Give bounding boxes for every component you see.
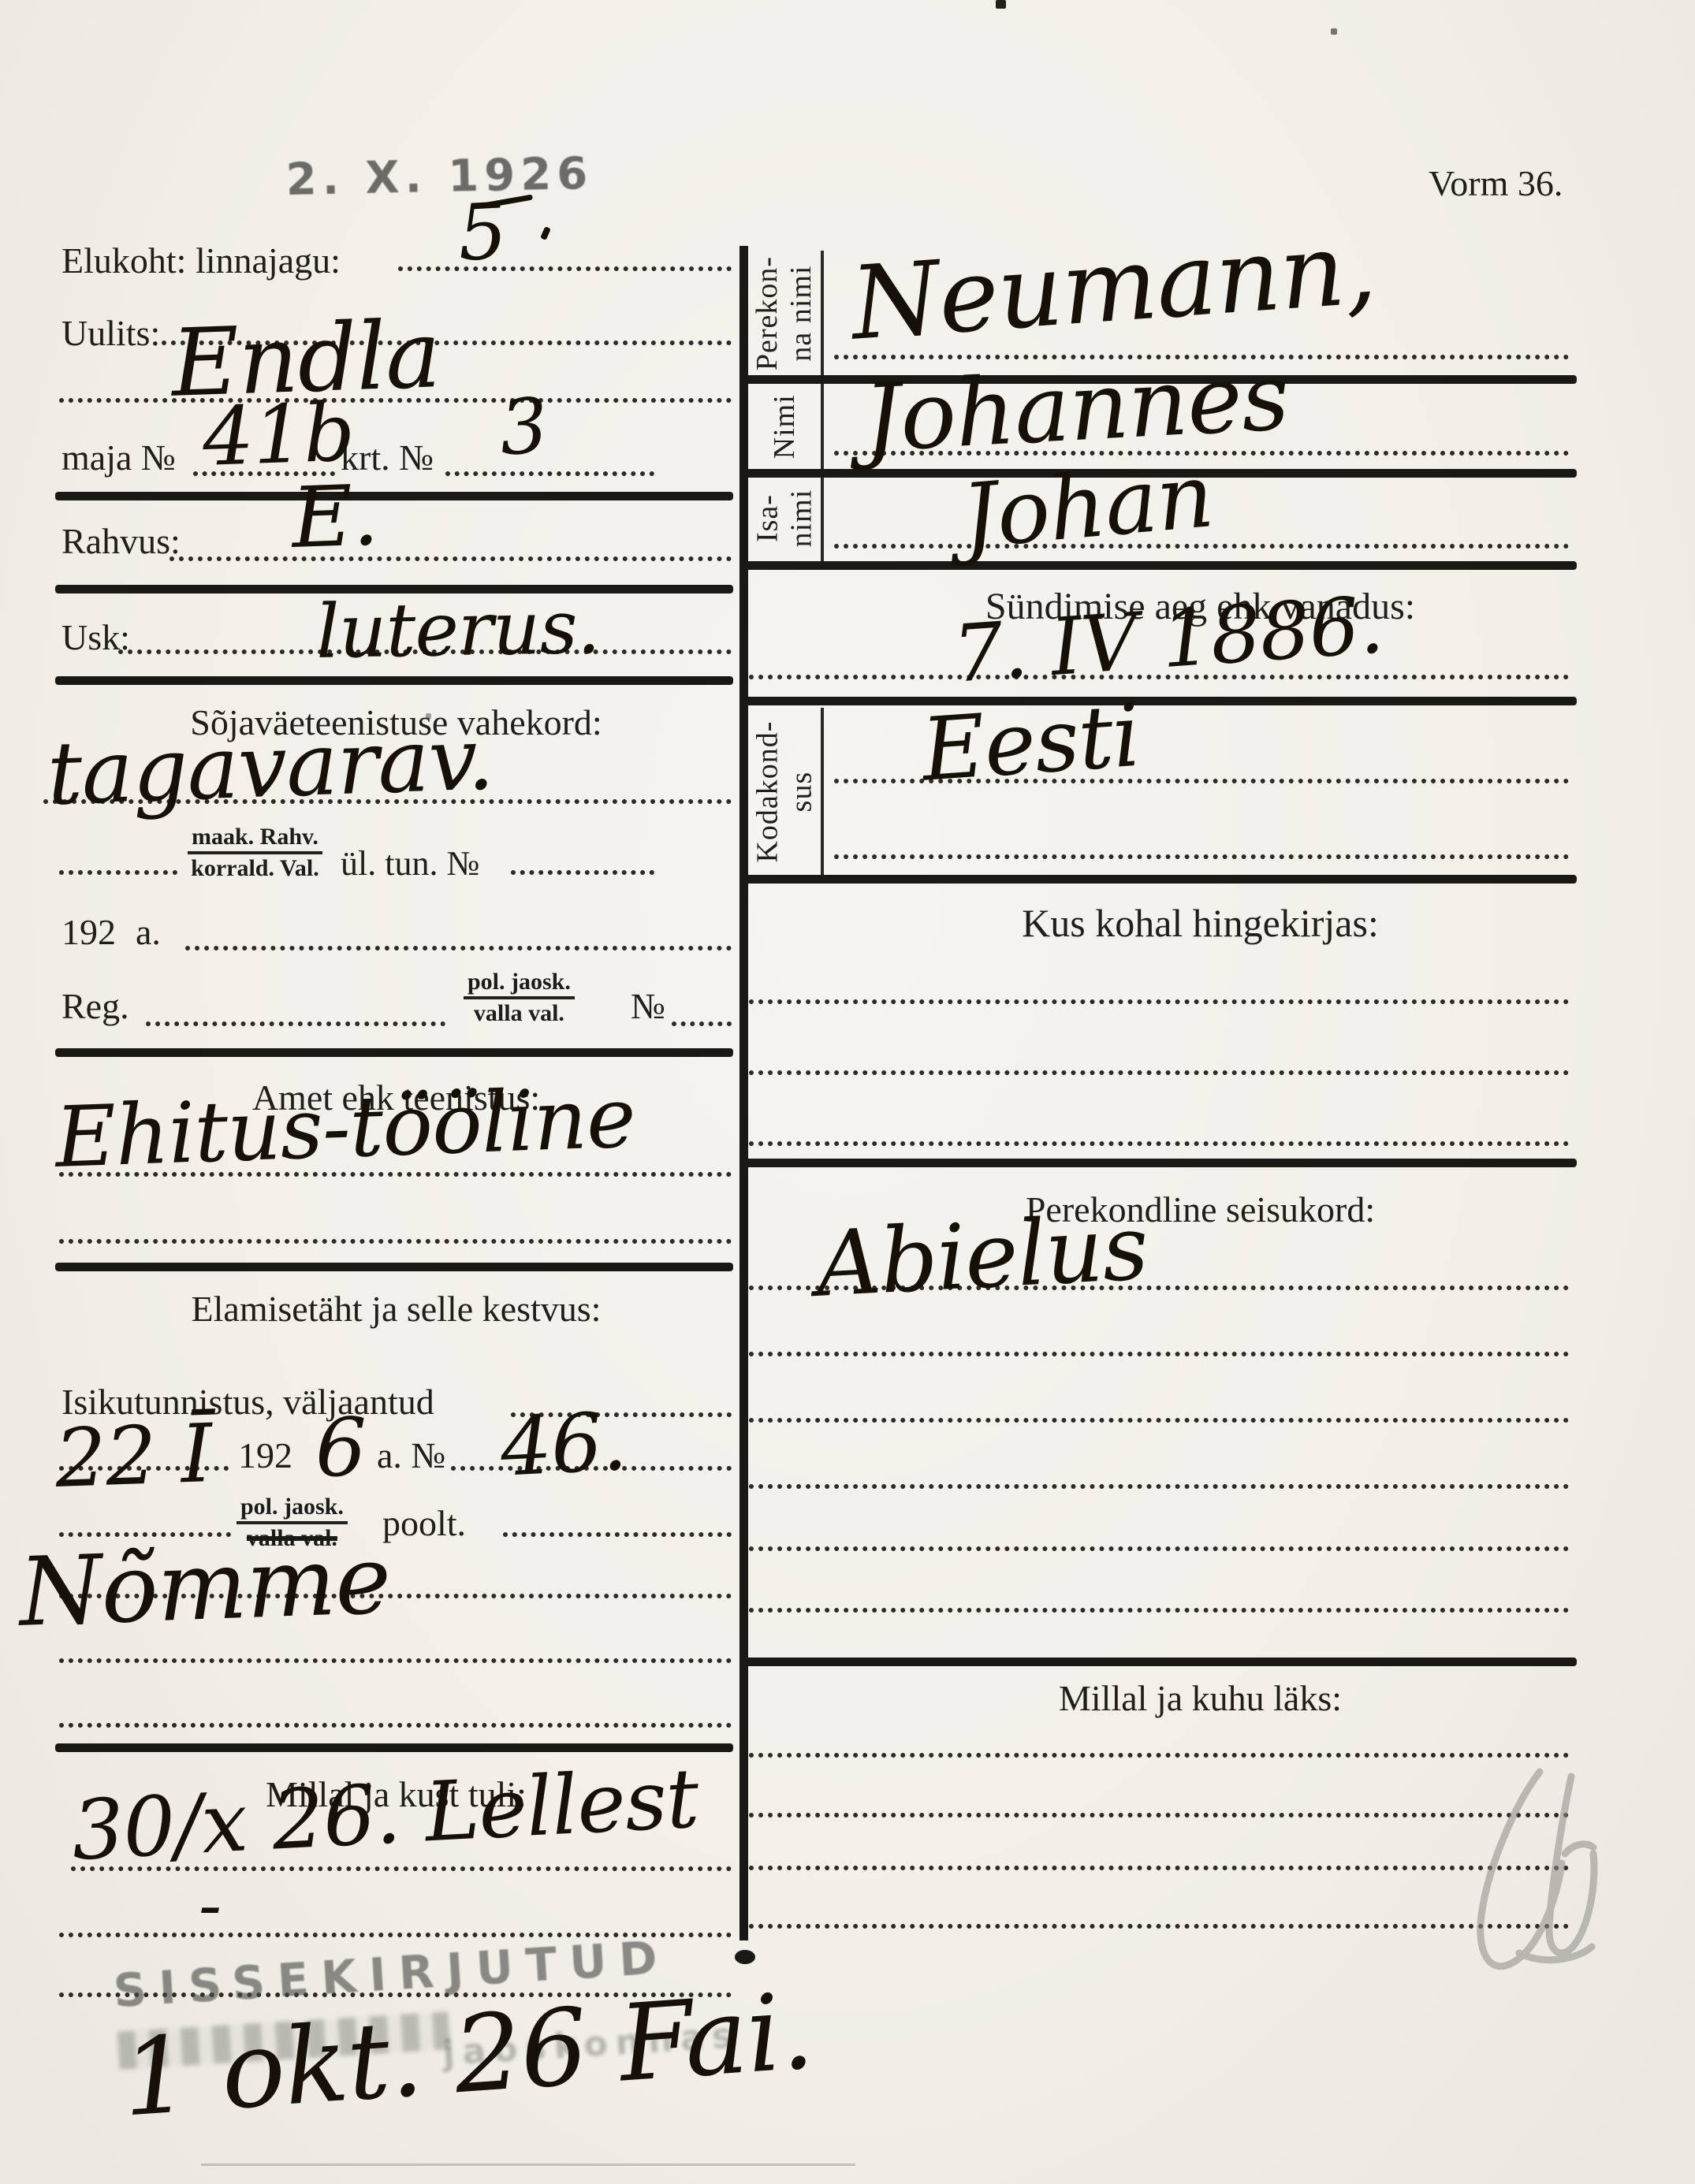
name-value: Johannes — [861, 342, 1291, 473]
surname-label: Perekon- na nimi — [751, 256, 818, 370]
scan-speck — [1331, 28, 1337, 35]
elukoht-label: Elukoht: linnajagu: — [61, 241, 341, 281]
isiku-date-value: 22 Ī — [54, 1407, 214, 1506]
dotted-line — [834, 854, 1569, 859]
poolt-value: Nõmme — [17, 1526, 392, 1648]
father-value: Johan — [958, 445, 1216, 568]
dotted-line — [749, 1813, 1569, 1818]
pencil-scribble — [1447, 1765, 1620, 1986]
krt-value: 3 — [497, 381, 550, 473]
ink-dot — [735, 1950, 755, 1964]
elamis-heading: Elamisetäht ja selle kestvus: — [59, 1289, 733, 1330]
surname-label-box: Perekon- na nimi — [748, 251, 821, 377]
rahvus-label: Rahvus: — [61, 522, 181, 562]
dotted-line — [749, 1924, 1569, 1929]
dotted-line — [749, 1418, 1569, 1423]
dotted-line — [749, 1484, 1569, 1489]
tuli-mark: - — [199, 1866, 221, 1945]
fraction-top: maak. Rahv. — [188, 824, 322, 854]
scan-artifact-line — [201, 2164, 855, 2166]
surname-label-line2: na nimi — [784, 266, 818, 362]
citizenship-label: Kodakond- sus — [751, 721, 818, 863]
rule-line — [55, 492, 733, 500]
name-label: Nimi — [768, 394, 802, 459]
citizenship-label-box: Kodakond- sus — [748, 708, 821, 876]
rule-line — [739, 697, 1577, 705]
citizenship-label-line1: Kodakond- — [751, 721, 784, 863]
dotted-line — [59, 1658, 732, 1663]
dotted-line — [511, 870, 654, 875]
dotted-line — [169, 556, 732, 561]
rule-line — [55, 1743, 733, 1752]
surname-label-line1: Perekon- — [751, 256, 784, 370]
fraction-bottom: valla val. — [464, 999, 575, 1026]
citizenship-value: Eesti — [918, 685, 1142, 801]
dotted-line — [749, 999, 1569, 1004]
date-stamp: 2. X. 1926 — [285, 148, 594, 206]
dotted-line — [445, 471, 654, 476]
isiku-a-no: a. № — [377, 1436, 445, 1476]
poolt-label: poolt. — [382, 1504, 466, 1544]
isiku-year-printed: 192 — [238, 1436, 292, 1476]
name-label-box: Nimi — [748, 384, 821, 469]
dotted-line — [59, 870, 177, 875]
column-divider — [739, 246, 748, 1940]
rule-line — [739, 875, 1577, 884]
father-label-box: Isa- nimi — [748, 476, 821, 561]
dotted-line — [749, 1352, 1569, 1356]
rule-line — [739, 1159, 1577, 1167]
dotted-line — [749, 1753, 1569, 1758]
dotted-line — [398, 266, 732, 271]
maak-korrald-fraction: maak. Rahv. korrald. Val. — [188, 824, 322, 882]
reg-label: Reg. — [61, 987, 129, 1027]
dotted-line — [185, 946, 732, 951]
seisukord-value: Abielus — [814, 1195, 1150, 1317]
scan-speck — [996, 0, 1006, 9]
citizenship-label-line2: sus — [784, 772, 818, 813]
dotted-line — [503, 1532, 732, 1537]
registration-card-vorm36: 2. X. 1926 Vorm 36. Elukoht: linnajagu: … — [0, 0, 1695, 2184]
label-divider — [821, 251, 824, 561]
tuli-value: 30/x 26. Lellest — [69, 1750, 701, 1878]
sojavae-value: tagavarav. — [46, 708, 495, 824]
fraction-bottom: korrald. Val. — [188, 854, 322, 881]
dotted-line — [749, 1546, 1569, 1551]
form-code: Vorm 36. — [1429, 164, 1563, 204]
dotted-line — [672, 1021, 732, 1026]
pol-valla-fraction: pol. jaosk. valla val. — [464, 969, 575, 1027]
dotted-line — [59, 1723, 732, 1728]
maja-label: maja № — [61, 438, 176, 478]
isiku-year-hand: 6 — [315, 1401, 366, 1495]
rahvus-value: E. — [290, 467, 379, 567]
dotted-line — [749, 1141, 1569, 1146]
isiku-no-value: 46. — [498, 1395, 628, 1495]
dotted-line — [749, 1608, 1569, 1613]
dotted-line — [59, 1239, 732, 1244]
rule-line — [55, 676, 733, 685]
uulits-label: Uulits: — [61, 314, 160, 354]
father-label-line1: Isa- — [751, 495, 784, 543]
amet-value: Ehitus-tööline — [54, 1069, 637, 1186]
rule-line — [55, 1048, 733, 1057]
year-a-label: a. — [136, 913, 161, 953]
fraction-top: pol. jaosk. — [237, 1494, 348, 1524]
hinge-heading: Kus kohal hingekirjas: — [824, 902, 1577, 945]
ink-mark — [540, 226, 551, 240]
father-label: Isa- nimi — [751, 489, 818, 548]
ul-tun-label: ül. tun. № — [341, 845, 479, 883]
no-sign: № — [631, 987, 665, 1027]
laks-heading: Millal ja kuhu läks: — [824, 1679, 1577, 1719]
father-label-line2: nimi — [784, 489, 818, 548]
rule-line — [55, 1263, 733, 1271]
usk-value: luterus. — [315, 585, 600, 675]
label-divider — [821, 708, 824, 876]
year-prefix: 192 — [61, 913, 116, 953]
dotted-line — [146, 1021, 445, 1026]
surname-value: Neumann, — [847, 210, 1379, 363]
rule-line — [739, 1658, 1577, 1666]
rule-line — [739, 561, 1577, 570]
fraction-top: pol. jaosk. — [464, 969, 575, 999]
dotted-line — [749, 1070, 1569, 1075]
dotted-line — [749, 1866, 1569, 1870]
